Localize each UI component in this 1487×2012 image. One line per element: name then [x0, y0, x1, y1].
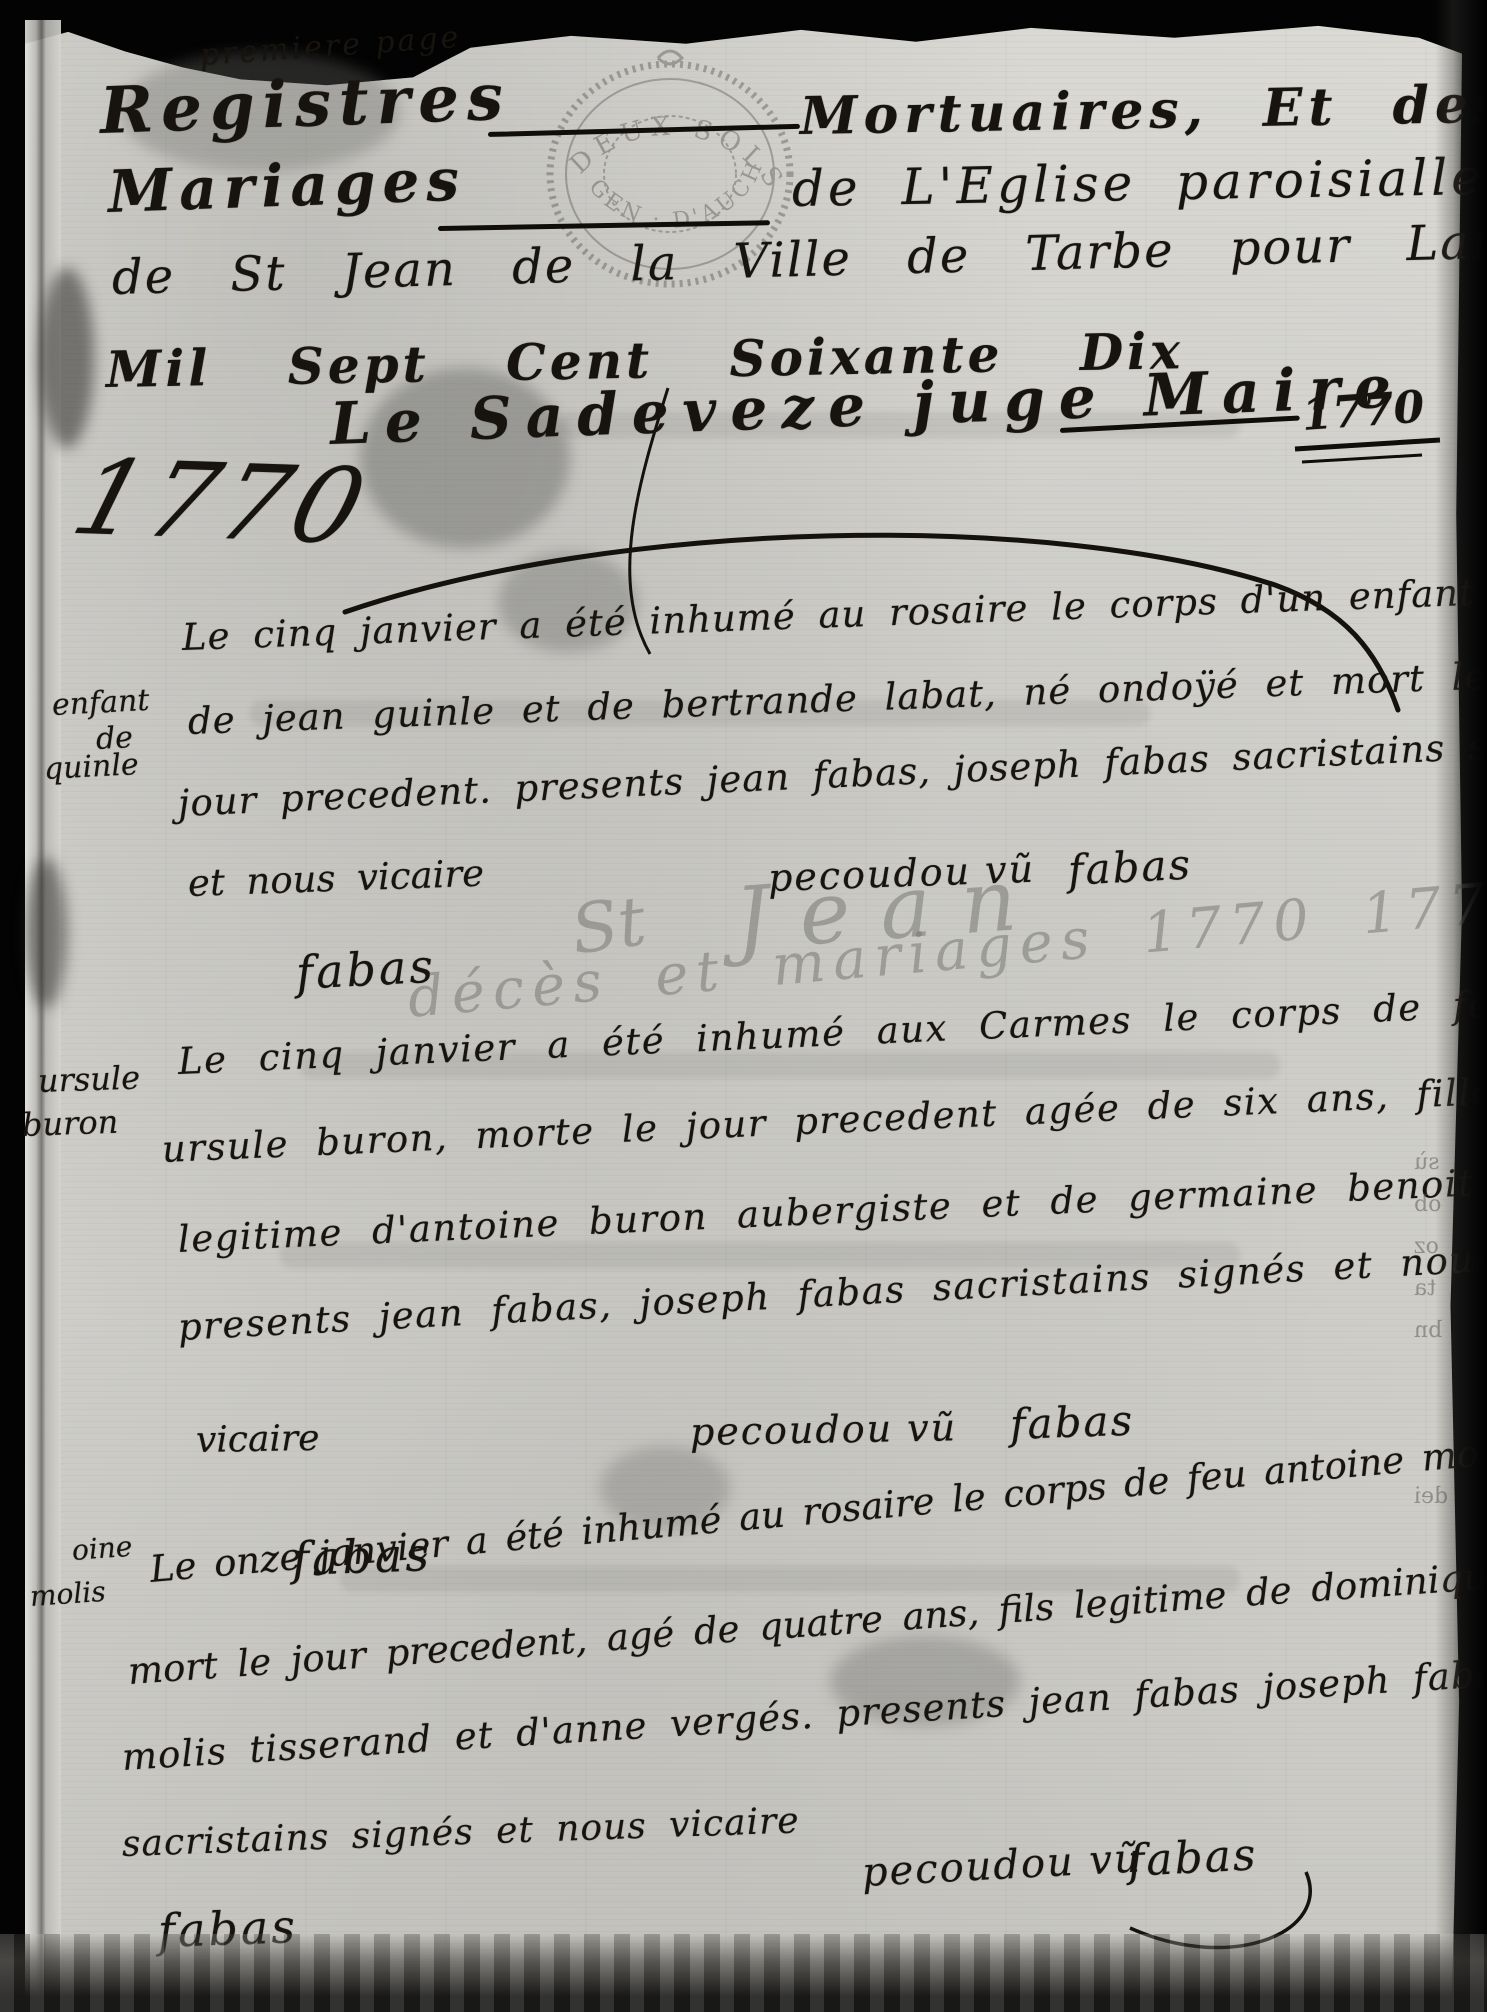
entry2-line-5: vicaire [196, 1418, 320, 1461]
title-line2-right: de L'Eglise paroisialle [791, 148, 1485, 218]
register-scan: DEUX SOLS GEN · D'AUCH premiere page Reg… [0, 0, 1487, 2012]
entry2-margin-2: buron [21, 1103, 119, 1144]
title-line1-left: Registres [99, 60, 512, 149]
binding-blot [40, 268, 94, 448]
entry1-attestation-right: fabas [1067, 840, 1193, 895]
torn-bottom-edge [0, 1934, 1487, 2012]
title-line2-left: Mariages [107, 146, 467, 226]
binding-blot [25, 858, 67, 1008]
bleedthrough-letters: ta [1414, 1276, 1436, 1301]
entry2-attestation-right: fabas [1009, 1396, 1135, 1449]
entry2-margin-1: ursule [37, 1058, 140, 1100]
entry3-margin-1: oine [71, 1530, 134, 1567]
entry1-margin-1: enfant [51, 683, 150, 723]
entry1-margin-3: quinle [43, 747, 139, 787]
entry3-attestation-right: fabas [1127, 1829, 1259, 1887]
title-line1-right: Mortuaires, Et des [799, 74, 1487, 147]
entry3-margin-2: molis [29, 1575, 107, 1613]
torn-right-edge [1435, 0, 1487, 2012]
entry2-attestation-left: pecoudou vũ [690, 1405, 958, 1454]
